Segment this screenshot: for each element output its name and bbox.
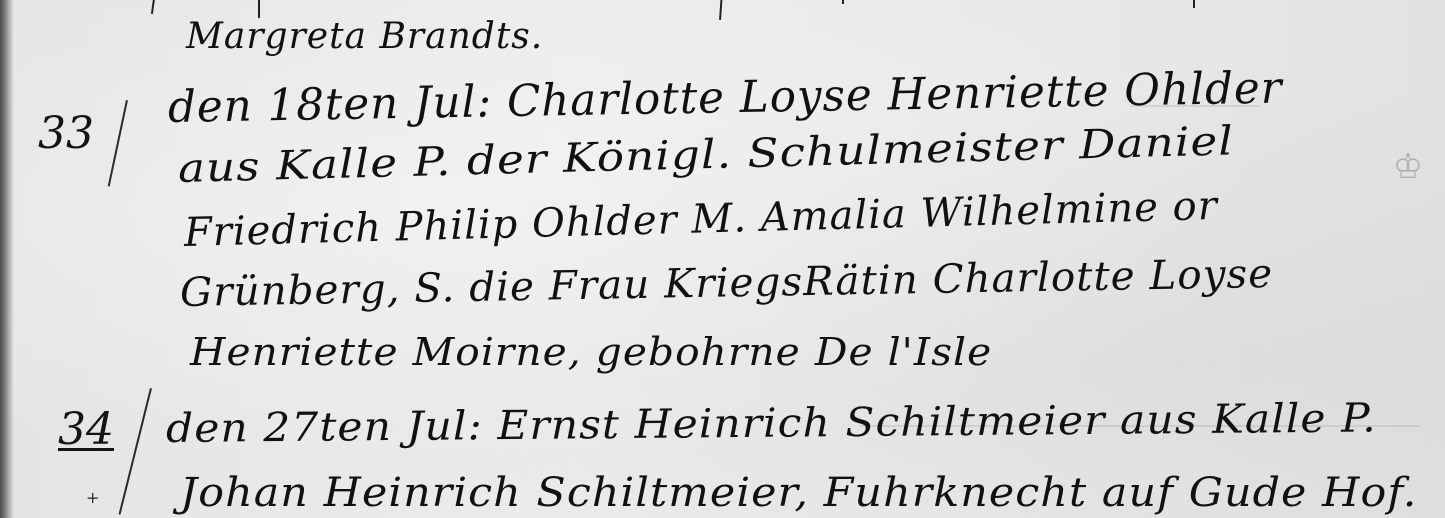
cross-mark-icon: + [86, 488, 99, 507]
bleed-through-stamp-icon: ♔ [1385, 150, 1431, 206]
margin-slash [108, 100, 128, 186]
margin-slash [119, 388, 152, 515]
handwritten-line: Friedrich Philip Ohlder M. Amalia Wilhel… [183, 183, 1218, 256]
entry-number-33: 33 [38, 108, 94, 159]
entry-number-34: 34 [58, 404, 114, 455]
handwritten-line: den 27ten Jul: Ernst Heinrich Schiltmeie… [166, 395, 1377, 452]
handwritten-line: Johan Heinrich Schiltmeier, Fuhrknecht a… [180, 470, 1417, 516]
handwritten-line: Margreta Brandts. [186, 16, 543, 57]
register-page: ♔ 33 34 + Margreta Brandts. den 18ten Ju… [0, 0, 1445, 518]
handwritten-line: Henriette Moirne, gebohrne De l'Isle [190, 330, 992, 374]
previous-line-descenders [0, 0, 1445, 12]
book-binding-edge [0, 0, 14, 518]
handwritten-line: Grünberg, S. die Frau KriegsRätin Charlo… [180, 251, 1274, 316]
